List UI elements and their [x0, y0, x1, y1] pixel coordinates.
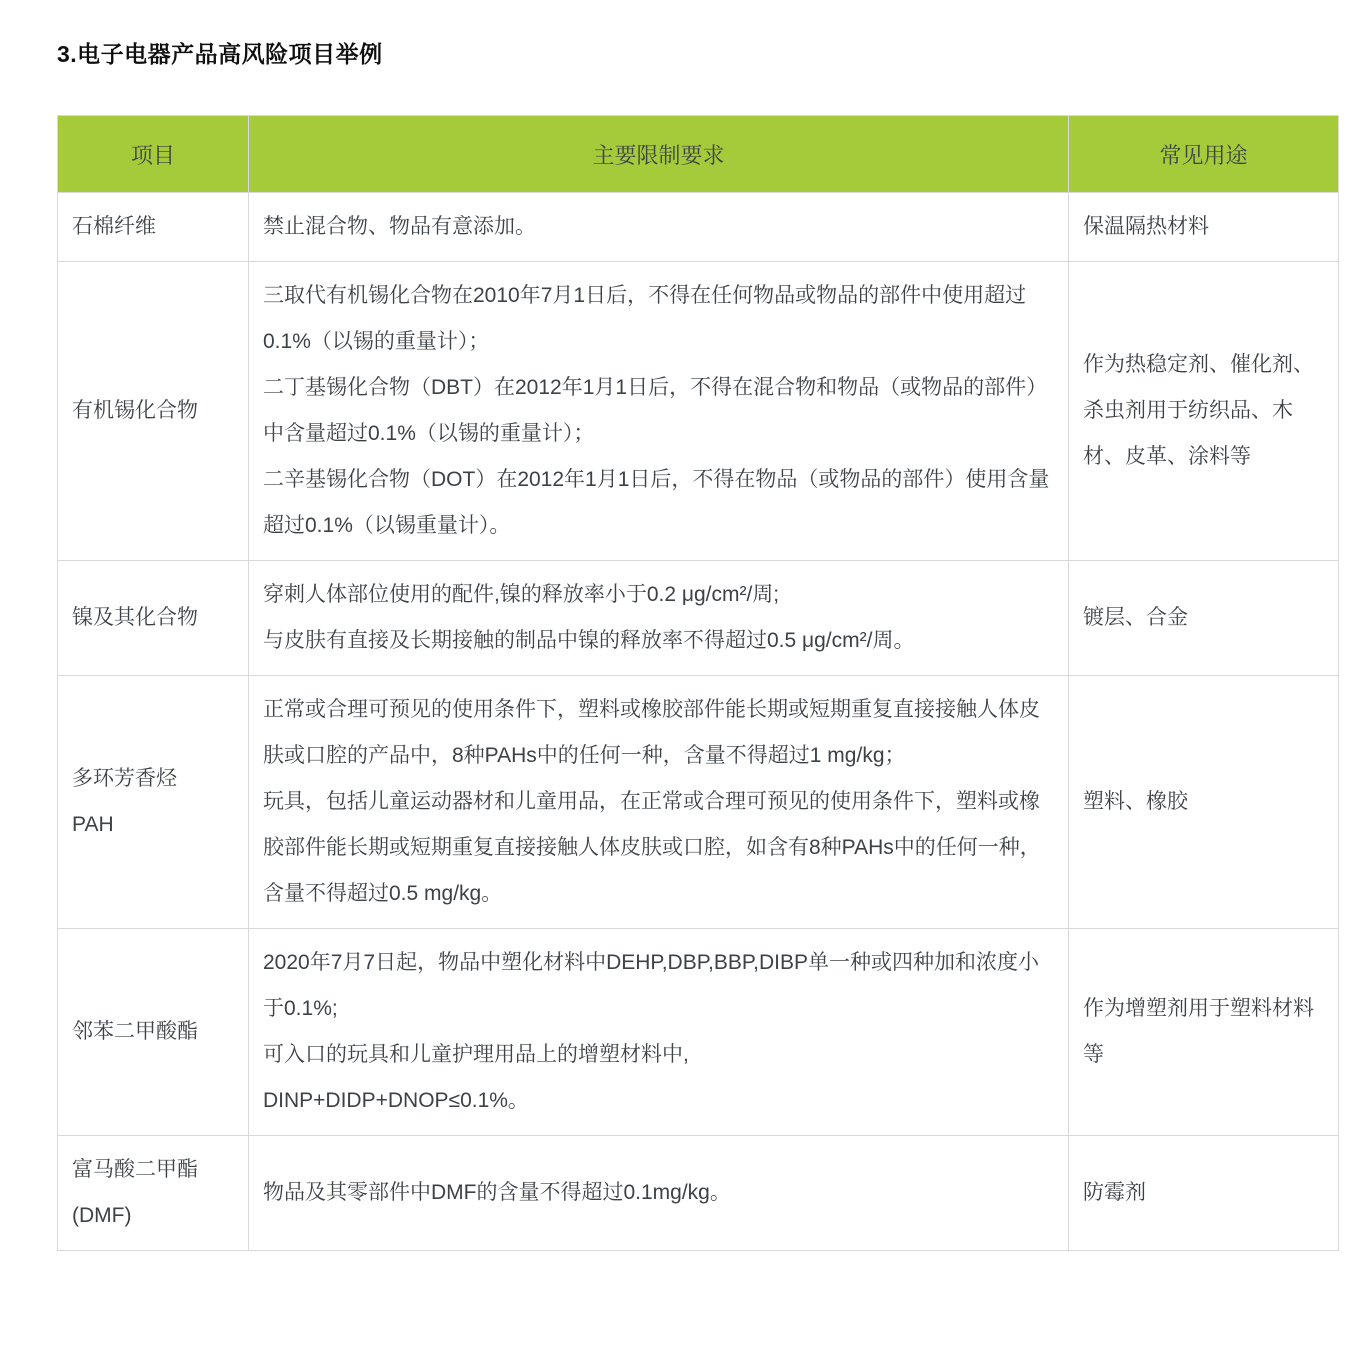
table-row-organotin: 有机锡化合物 三取代有机锡化合物在2010年7月1日后，不得在任何物品或物品的部…: [58, 262, 1339, 561]
item-cell: 邻苯二甲酸酯: [58, 929, 249, 1136]
requirement-cell: 物品及其零部件中DMF的含量不得超过0.1mg/kg。: [249, 1136, 1069, 1251]
table-row-phthalates: 邻苯二甲酸酯 2020年7月7日起，物品中塑化材料中DEHP,DBP,BBP,D…: [58, 929, 1339, 1136]
usage-cell: 防霉剂: [1069, 1136, 1339, 1251]
item-cell: 镍及其化合物: [58, 561, 249, 676]
table-row-pah: 多环芳香烃 PAH 正常或合理可预见的使用条件下，塑料或橡胶部件能长期或短期重复…: [58, 676, 1339, 929]
requirement-cell: 穿刺人体部位使用的配件,镍的释放率小于0.2 μg/cm²/周; 与皮肤有直接及…: [249, 561, 1069, 676]
usage-cell: 塑料、橡胶: [1069, 676, 1339, 929]
table-row-nickel: 镍及其化合物 穿刺人体部位使用的配件,镍的释放率小于0.2 μg/cm²/周; …: [58, 561, 1339, 676]
requirement-cell: 正常或合理可预见的使用条件下，塑料或橡胶部件能长期或短期重复直接接触人体皮肤或口…: [249, 676, 1069, 929]
requirement-cell: 2020年7月7日起，物品中塑化材料中DEHP,DBP,BBP,DIBP单一种或…: [249, 929, 1069, 1136]
usage-cell: 作为增塑剂用于塑料材料等: [1069, 929, 1339, 1136]
table-header-row: 项目 主要限制要求 常见用途: [58, 116, 1339, 193]
item-cell: 富马酸二甲酯 (DMF): [58, 1136, 249, 1251]
requirement-cell: 三取代有机锡化合物在2010年7月1日后，不得在任何物品或物品的部件中使用超过0…: [249, 262, 1069, 561]
item-cell: 有机锡化合物: [58, 262, 249, 561]
table-row-dmf: 富马酸二甲酯 (DMF) 物品及其零部件中DMF的含量不得超过0.1mg/kg。…: [58, 1136, 1339, 1251]
item-cell: 石棉纤维: [58, 193, 249, 262]
col-header-usage: 常见用途: [1069, 116, 1339, 193]
document-page: 3.电子电器产品高风险项目举例 项目 主要限制要求 常见用途 石棉纤维 禁止混合…: [0, 0, 1363, 1251]
usage-cell: 保温隔热材料: [1069, 193, 1339, 262]
section-title: 3.电子电器产品高风险项目举例: [57, 36, 1363, 69]
table-row-asbestos-fiber: 石棉纤维 禁止混合物、物品有意添加。 保温隔热材料: [58, 193, 1339, 262]
col-header-requirement: 主要限制要求: [249, 116, 1069, 193]
item-cell: 多环芳香烃 PAH: [58, 676, 249, 929]
usage-cell: 作为热稳定剂、催化剂、杀虫剂用于纺织品、木材、皮革、涂料等: [1069, 262, 1339, 561]
usage-cell: 镀层、合金: [1069, 561, 1339, 676]
col-header-item: 项目: [58, 116, 249, 193]
risk-items-table: 项目 主要限制要求 常见用途 石棉纤维 禁止混合物、物品有意添加。 保温隔热材料…: [57, 115, 1339, 1251]
requirement-cell: 禁止混合物、物品有意添加。: [249, 193, 1069, 262]
